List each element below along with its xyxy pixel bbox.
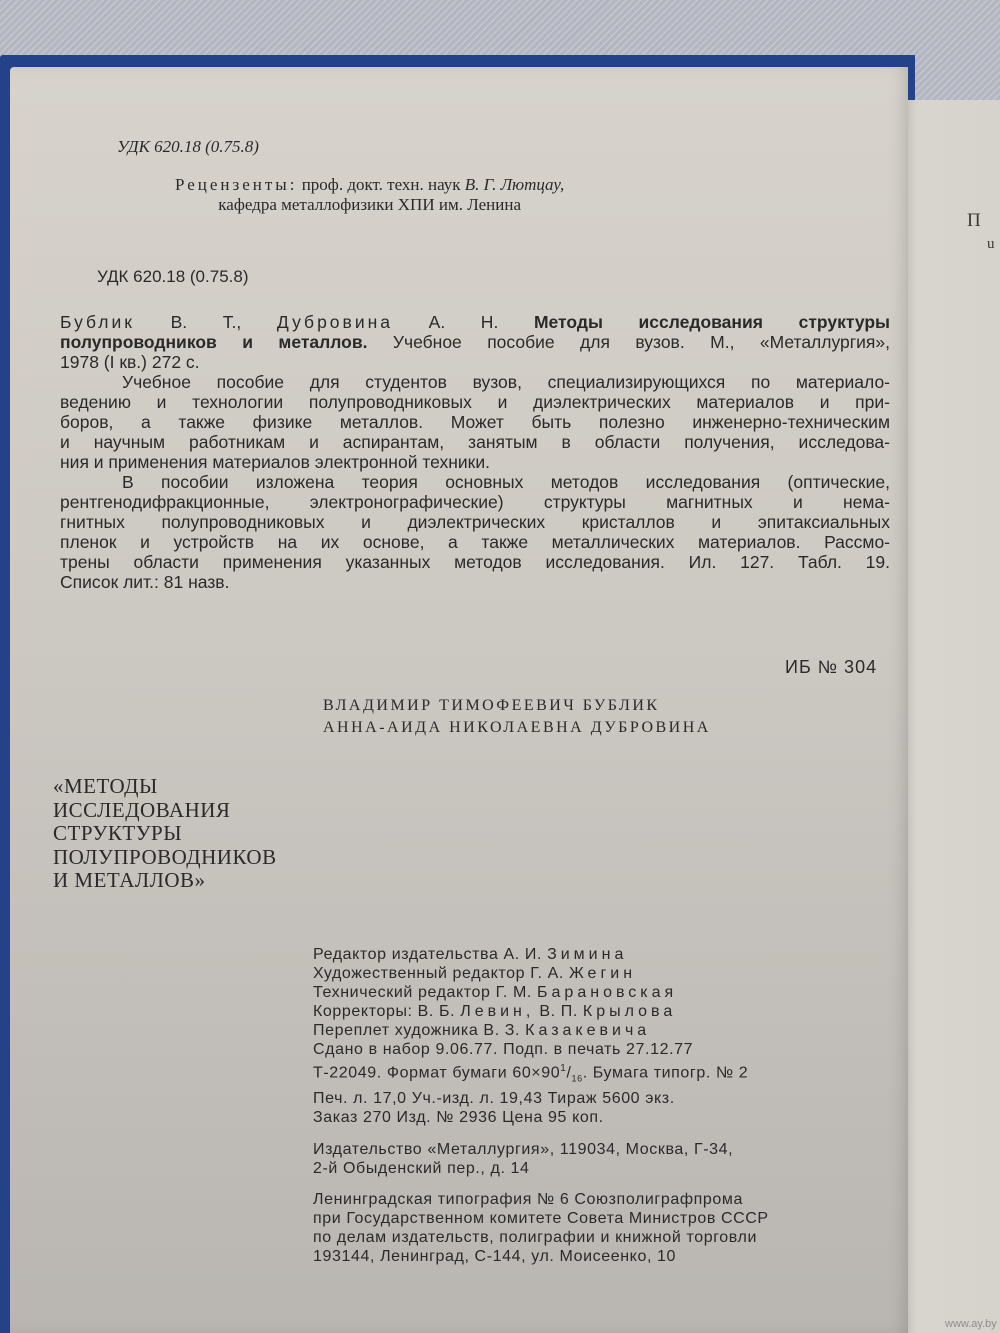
address-line: при Государственном комитете Совета Мини…	[313, 1209, 769, 1228]
credit-label: В. П.	[539, 1003, 578, 1020]
abstract-line: трены области применения указанных метод…	[60, 552, 890, 572]
imprint-page: УДК 620.18 (0.75.8) Рецензенты: проф. до…	[10, 67, 908, 1333]
author1-surname: Бублик	[60, 312, 135, 332]
reviewers-department: кафедра металлофизики ХПИ им. Ленина	[175, 195, 564, 215]
format-sub: 16	[571, 1074, 582, 1084]
title-line: ПОЛУПРОВОДНИКОВ	[53, 846, 277, 870]
credit-label: Художественный редактор Г. А.	[313, 965, 564, 982]
title-line: СТРУКТУРЫ	[53, 822, 277, 846]
abstract-paragraph-1: Учебное пособие для студентов вузов, спе…	[60, 372, 890, 472]
author2-initials: А. Н.	[429, 312, 499, 332]
adjacent-page-letter: u	[987, 236, 995, 253]
address-line: 2-й Обыденский пер., д. 14	[313, 1159, 733, 1178]
printer-address: Ленинградская типография № 6 Союзполигра…	[313, 1190, 769, 1266]
credit-name: Жегин	[569, 965, 636, 982]
credit-label: Редактор издательства А. И.	[313, 946, 542, 963]
reviewer-name: В. Г. Лютцау,	[465, 175, 565, 194]
abstract-line: боров, а также физике металлов. Может бы…	[60, 412, 890, 432]
paper-format: Т-22049. Формат бумаги 60×901/16. Бумага…	[313, 1059, 748, 1089]
abstract-line: Учебное пособие для студентов вузов, спе…	[60, 372, 890, 392]
credit-tech-editor: Технический редактор Г. М. Барановская	[313, 983, 748, 1002]
author2-surname: Дубровина	[277, 312, 393, 332]
abstract-line: рентгенодифракционные, электронографичес…	[60, 492, 890, 512]
abstract-line: пленок и устройств на их основе, а также…	[60, 532, 890, 552]
reviewers-text: проф. докт. техн. наук	[302, 175, 461, 194]
authors-full-names: ВЛАДИМИР ТИМОФЕЕВИЧ БУБЛИК АННА-АИДА НИК…	[323, 695, 711, 739]
book-title-bold: Методы исследования структуры	[534, 312, 890, 332]
credit-name: Зимина	[547, 946, 627, 963]
credit-label: Технический редактор Г. М.	[313, 984, 532, 1001]
abstract-line: и научным работникам и аспирантам, занят…	[60, 432, 890, 452]
abstract-paragraph-2: В пособии изложена теория основных метод…	[60, 472, 890, 592]
format-text: . Бумага типогр. № 2	[583, 1064, 749, 1081]
credit-art-editor: Художественный редактор Г. А. Жегин	[313, 964, 748, 983]
bibliography-publication: Учебное пособие для вузов. М., «Металлур…	[393, 332, 890, 352]
title-line: ИССЛЕДОВАНИЯ	[53, 799, 277, 823]
credit-editor: Редактор издательства А. И. Зимина	[313, 945, 748, 964]
address-line: Издательство «Металлургия», 119034, Моск…	[313, 1140, 733, 1159]
adjacent-page-letter: П	[967, 210, 981, 232]
credit-name: Крылова	[583, 1003, 676, 1020]
title-line: И МЕТАЛЛОВ»	[53, 869, 277, 893]
credit-label: Корректоры: В. Б.	[313, 1003, 455, 1020]
address-line: Ленинградская типография № 6 Союзполигра…	[313, 1190, 769, 1209]
abstract-line: гнитных полупроводниковых и диэлектричес…	[60, 512, 890, 532]
credit-name: Барановская	[537, 984, 677, 1001]
site-watermark: www.ay.by	[945, 1318, 997, 1330]
credit-label: Переплет художника В. З.	[313, 1022, 520, 1039]
print-sheets-run: Печ. л. 17,0 Уч.-изд. л. 19,43 Тираж 560…	[313, 1089, 748, 1108]
abstract-line: ния и применения материалов электронной …	[60, 452, 890, 472]
abstract-line: Список лит.: 81 назв.	[60, 572, 890, 592]
title-line: «МЕТОДЫ	[53, 775, 277, 799]
book-title-block: «МЕТОДЫ ИССЛЕДОВАНИЯ СТРУКТУРЫ ПОЛУПРОВО…	[53, 775, 277, 893]
udk-code-top: УДК 620.18 (0.75.8)	[117, 137, 259, 157]
author-full-name: АННА-АИДА НИКОЛАЕВНА ДУБРОВИНА	[323, 717, 711, 739]
credit-proofreaders: Корректоры: В. Б. Левин, В. П. Крылова	[313, 1002, 748, 1021]
credit-binding: Переплет художника В. З. Казакевича	[313, 1021, 748, 1040]
book-title-bold-cont: полупроводников и металлов.	[60, 332, 367, 352]
reviewers-block: Рецензенты: проф. докт. техн. наук В. Г.…	[175, 175, 564, 215]
author1-initials: В. Т.,	[171, 312, 242, 332]
bibliography-year-pages: 1978 (I кв.) 272 с.	[60, 352, 890, 372]
credit-name: Левин,	[460, 1003, 534, 1020]
order-price: Заказ 270 Изд. № 2936 Цена 95 коп.	[313, 1108, 748, 1127]
adjacent-page: П u	[905, 100, 1000, 1333]
ib-number: ИБ № 304	[785, 657, 877, 678]
author-full-name: ВЛАДИМИР ТИМОФЕЕВИЧ БУБЛИК	[323, 695, 711, 717]
address-line: 193144, Ленинград, С-144, ул. Моисеенко,…	[313, 1247, 769, 1266]
reviewers-label: Рецензенты:	[175, 175, 297, 194]
udk-code-second: УДК 620.18 (0.75.8)	[97, 267, 248, 287]
address-line: по делам издательств, полиграфии и книжн…	[313, 1228, 769, 1247]
abstract-line: ведению и технологии полупроводниковых и…	[60, 392, 890, 412]
bibliographic-entry: Бублик В. Т., Дубровина А. Н. Методы исс…	[60, 312, 890, 592]
submission-dates: Сдано в набор 9.06.77. Подп. в печать 27…	[313, 1040, 748, 1059]
production-credits: Редактор издательства А. И. Зимина Худож…	[313, 945, 748, 1127]
credit-name: Казакевича	[525, 1022, 650, 1039]
format-text: Т-22049. Формат бумаги 60×90	[313, 1064, 560, 1081]
publisher-address: Издательство «Металлургия», 119034, Моск…	[313, 1140, 733, 1178]
abstract-line: В пособии изложена теория основных метод…	[60, 472, 890, 492]
